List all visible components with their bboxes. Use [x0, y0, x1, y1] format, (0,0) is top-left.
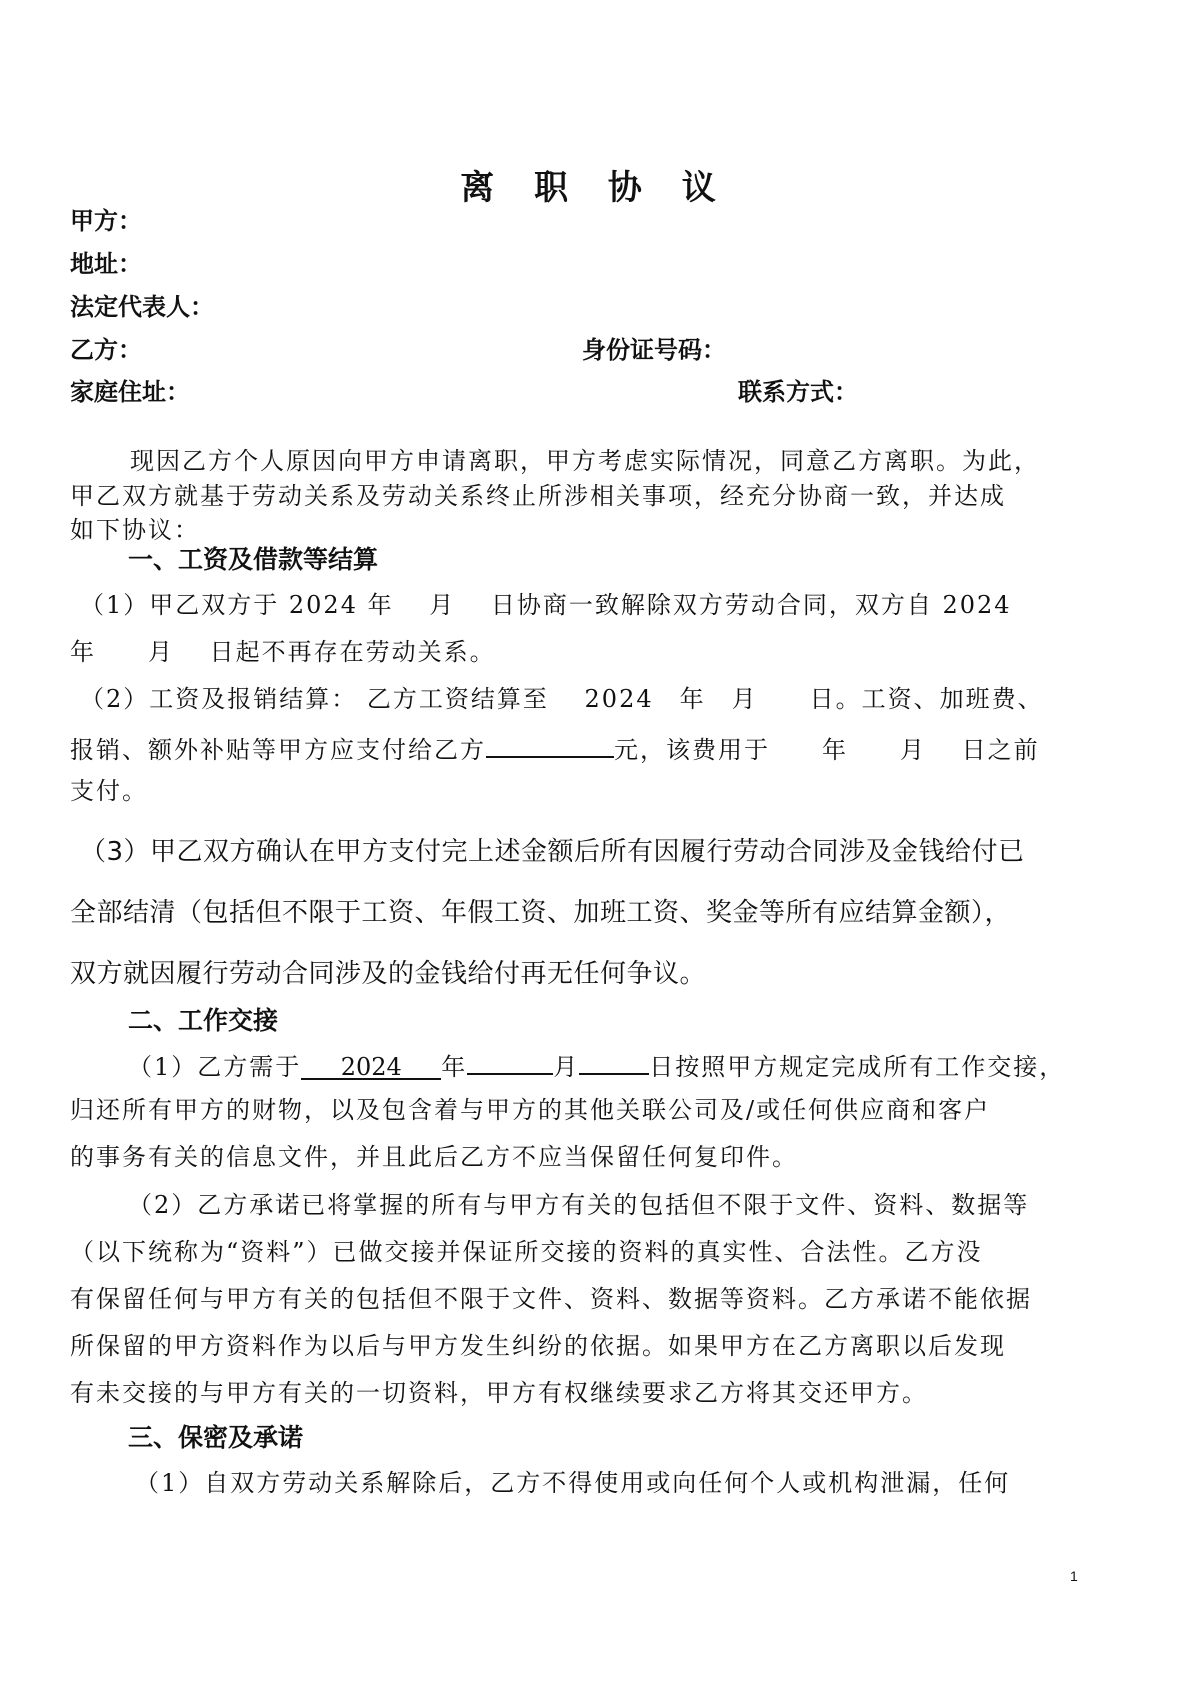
address-label: 地址： — [70, 249, 142, 279]
clause-2-text-b: 元，该费用于 年 月 日之前 — [614, 736, 1040, 764]
amount-blank-field[interactable] — [486, 730, 614, 758]
handover-day-field[interactable] — [579, 1047, 649, 1075]
handover-month-field[interactable] — [467, 1047, 553, 1075]
section-1-clause-3-line-3: 双方就因履行劳动合同涉及的金钱给付再无任何争议。 — [70, 958, 706, 990]
document-title: 离 职 协 议 — [0, 168, 1190, 208]
legal-representative-label: 法定代表人： — [70, 292, 214, 322]
home-address-label: 家庭住址： — [70, 377, 190, 407]
section-1-clause-1-line-2: 年 月 日起不再存在劳动关系。 — [70, 637, 496, 667]
month-unit: 月 — [553, 1053, 579, 1081]
section-2-clause-1-line-2: 归还所有甲方的财物，以及包含着与甲方的其他关联公司及/或任何供应商和客户 — [70, 1095, 990, 1125]
section-2-clause-2-line-5: 有未交接的与甲方有关的一切资料，甲方有权继续要求乙方将其交还甲方。 — [70, 1378, 928, 1408]
section-2-clause-2-line-3: 有保留任何与甲方有关的包括但不限于文件、资料、数据等资料。乙方承诺不能依据 — [70, 1284, 1032, 1314]
document-page: 离 职 协 议 甲方： 地址： 法定代表人： 乙方： 身份证号码： 家庭住址： … — [0, 0, 1190, 1683]
year-unit: 年 — [441, 1053, 467, 1081]
section-1-clause-3-line-2: 全部结清（包括但不限于工资、年假工资、加班工资、奖金等所有应结算金额）， — [70, 897, 1011, 929]
section-2-clause-1-line-1: （1）乙方需于2024年月日按照甲方规定完成所有工作交接， — [128, 1047, 1065, 1082]
section-2-clause-2-line-4: 所保留的甲方资料作为以后与甲方发生纠纷的依据。如果甲方在乙方离职以后发现 — [70, 1331, 1006, 1361]
section-2-clause-2-line-2: （以下统称为“资料”）已做交接并保证所交接的资料的真实性、合法性。乙方没 — [70, 1237, 983, 1267]
preamble-line-3: 如下协议： — [70, 515, 200, 545]
clause-1-prefix: （1）乙方需于 — [128, 1053, 301, 1081]
section-2-clause-2-line-1: （2）乙方承诺已将掌握的所有与甲方有关的包括但不限于文件、资料、数据等 — [128, 1190, 1029, 1220]
clause-2-text-a: 报销、额外补贴等甲方应支付给乙方 — [70, 736, 486, 764]
preamble-line-1: 现因乙方个人原因向甲方申请离职，甲方考虑实际情况，同意乙方离职。为此， — [130, 446, 1040, 476]
section-3-clause-1-line-1: （1）自双方劳动关系解除后，乙方不得使用或向任何个人或机构泄漏，任何 — [135, 1468, 1010, 1498]
section-2-clause-1-line-3: 的事务有关的信息文件，并且此后乙方不应当保留任何复印件。 — [70, 1142, 798, 1172]
id-number-label: 身份证号码： — [582, 335, 726, 365]
section-1-clause-2-line-3: 支付。 — [70, 776, 148, 806]
preamble-line-2: 甲乙双方就基于劳动关系及劳动关系终止所涉相关事项，经充分协商一致，并达成 — [70, 481, 1006, 511]
clause-1-suffix: 日按照甲方规定完成所有工作交接， — [649, 1053, 1065, 1081]
section-1-clause-2-line-1: （2）工资及报销结算： 乙方工资结算至 2024 年 月 日。工资、加班费、 — [80, 684, 1044, 714]
page-number: 1 — [1070, 1568, 1078, 1584]
section-1-clause-3-line-1: （3）甲乙双方确认在甲方支付完上述金额后所有因履行劳动合同涉及金钱给付已 — [80, 836, 1025, 868]
handover-year-field[interactable]: 2024 — [301, 1052, 441, 1080]
party-a-label: 甲方： — [70, 206, 142, 236]
section-2-heading: 二、工作交接 — [128, 1005, 278, 1037]
contact-label: 联系方式： — [738, 377, 858, 407]
party-b-label: 乙方： — [70, 335, 142, 365]
section-1-clause-1-line-1: （1）甲乙双方于 2024 年 月 日协商一致解除双方劳动合同，双方自 2024 — [80, 590, 1012, 620]
section-1-clause-2-line-2: 报销、额外补贴等甲方应支付给乙方元，该费用于 年 月 日之前 — [70, 730, 1040, 765]
section-1-heading: 一、工资及借款等结算 — [128, 544, 378, 576]
section-3-heading: 三、保密及承诺 — [128, 1422, 303, 1454]
